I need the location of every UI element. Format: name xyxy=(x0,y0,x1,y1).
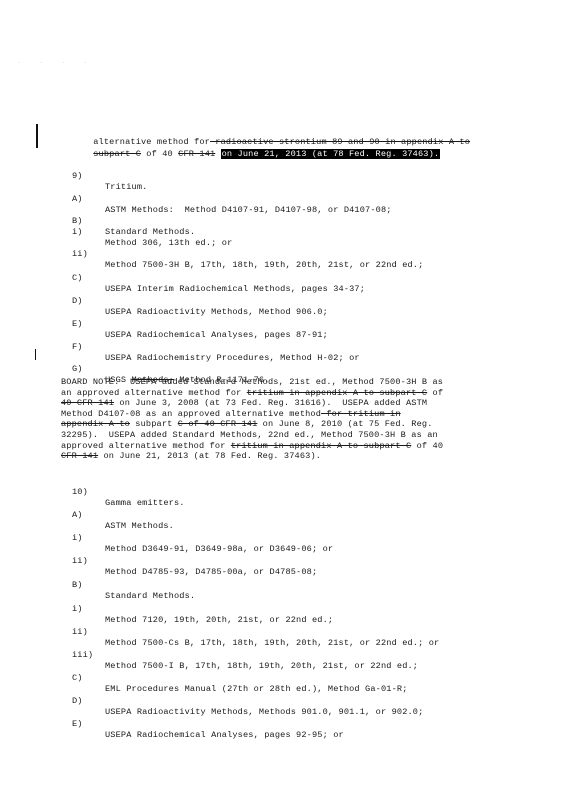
item-text: Method 7500-I B, 17th, 18th, 19th, 20th,… xyxy=(105,661,418,672)
header-marks: . . . . xyxy=(18,59,95,65)
note-text: of xyxy=(427,388,443,398)
item-text: USEPA Radiochemical Analyses, pages 87-9… xyxy=(105,330,328,341)
item-label: A) xyxy=(72,510,83,521)
deleted-text: subpart C xyxy=(93,149,141,159)
item-label: ii) xyxy=(72,627,88,638)
item-text: Method D4785-93, D4785-00a, or D4785-08; xyxy=(105,567,317,578)
item-label: F) xyxy=(72,342,83,353)
item-label: G) xyxy=(72,364,83,375)
item-text: Method D3649-91, D3649-98a, or D3649-06;… xyxy=(105,544,333,555)
item-label: ii) xyxy=(72,249,88,260)
item-label: 9) xyxy=(72,171,83,182)
board-note-line: an approved alternative method for triti… xyxy=(61,388,541,399)
intro-text: of 40 xyxy=(141,149,178,159)
board-note-line: appendix A to subpart C of 40 CFR 141 on… xyxy=(61,419,541,430)
item-label: i) xyxy=(72,227,83,238)
note-text: on June 8, 2010 (at 75 Fed. Reg. xyxy=(257,419,432,429)
item-label: B) xyxy=(72,216,83,227)
inserted-text-highlight: on June 21, 2013 (at 78 Fed. Reg. 37463)… xyxy=(221,149,441,159)
board-note-line: CFR 141 on June 21, 2013 (at 78 Fed. Reg… xyxy=(61,451,541,462)
item-text: Method 7500-Cs B, 17th, 18th, 19th, 20th… xyxy=(105,638,439,649)
deleted-text: 40 CFR 141 xyxy=(61,398,114,408)
item-label: D) xyxy=(72,696,83,707)
item-text: USEPA Radioactivity Methods, Methods 901… xyxy=(105,707,423,718)
deleted-text: CFR 141 xyxy=(61,451,98,461)
board-note-line: 40 CFR 141 on June 3, 2008 (at 73 Fed. R… xyxy=(61,398,541,409)
item-text: ASTM Methods: Method D4107-91, D4107-98,… xyxy=(105,205,392,216)
deleted-text: CFR 141 xyxy=(178,149,215,159)
item-label: E) xyxy=(72,719,83,730)
board-note-line: 32295). USEPA added Standard Methods, 22… xyxy=(61,430,541,441)
item-label: i) xyxy=(72,533,83,544)
item-text: USEPA Interim Radiochemical Methods, pag… xyxy=(105,284,365,295)
note-text: of 40 xyxy=(411,441,443,451)
item-label: C) xyxy=(72,273,83,284)
item-text: Standard Methods. xyxy=(105,227,195,238)
note-text: on June 3, 2008 (at 73 Fed. Reg. 31616).… xyxy=(114,398,427,408)
note-text: 32295). USEPA added Standard Methods, 22… xyxy=(61,430,438,440)
item-text: USEPA Radioactivity Methods, Method 906.… xyxy=(105,307,328,318)
deleted-text: tritium in appendix A to subpart C xyxy=(247,388,427,398)
note-text: approved alternative method for xyxy=(61,441,231,451)
intro-line-2: subpart C of 40 CFR 141 on June 21, 2013… xyxy=(72,138,440,171)
item-label: E) xyxy=(72,319,83,330)
item-label: A) xyxy=(72,194,83,205)
item-text: USEPA Radiochemical Analyses, pages 92-9… xyxy=(105,730,344,741)
item-title: Tritium. xyxy=(105,182,147,193)
note-text: an approved alternative method for xyxy=(61,388,247,398)
document-page: . . . . alternative method for radioacti… xyxy=(0,0,566,800)
list-item: G) USGS Methods, Method R-1171-76. xyxy=(0,353,21,397)
note-text: BOARD NOTE: USEPA added Standard Methods… xyxy=(61,377,443,387)
note-text: subpart xyxy=(130,419,178,429)
item-text: ASTM Methods. xyxy=(105,521,174,532)
item-label: i) xyxy=(72,604,83,615)
board-note: BOARD NOTE: USEPA added Standard Methods… xyxy=(61,377,541,462)
board-note-line: BOARD NOTE: USEPA added Standard Methods… xyxy=(61,377,541,388)
deleted-text: tritium in appendix A to subpart C xyxy=(231,441,411,451)
item-text: USEPA Radiochemistry Procedures, Method … xyxy=(105,353,360,364)
change-bar xyxy=(35,349,36,360)
item-label: 10) xyxy=(72,487,88,498)
board-note-line: approved alternative method for tritium … xyxy=(61,441,541,452)
deleted-text: C of 40 CFR 141 xyxy=(178,419,258,429)
item-label: D) xyxy=(72,296,83,307)
item-text: Method 306, 13th ed.; or xyxy=(105,238,232,249)
item-text: Method 7500-3H B, 17th, 18th, 19th, 20th… xyxy=(105,260,423,271)
deleted-text: for tritium in xyxy=(321,409,401,419)
item-text: Standard Methods. xyxy=(105,591,195,602)
item-text: EML Procedures Manual (27th or 28th ed.)… xyxy=(105,684,408,695)
item-label: B) xyxy=(72,580,83,591)
item-label: C) xyxy=(72,673,83,684)
note-text: on June 21, 2013 (at 78 Fed. Reg. 37463)… xyxy=(98,451,321,461)
board-note-line: Method D4107-08 as an approved alternati… xyxy=(61,409,541,420)
deleted-text: appendix A to xyxy=(61,419,130,429)
item-label: ii) xyxy=(72,556,88,567)
list-item: E) USEPA Radiochemical Analyses, pages 9… xyxy=(0,708,21,752)
note-text: Method D4107-08 as an approved alternati… xyxy=(61,409,321,419)
item-title: Gamma emitters. xyxy=(105,498,185,509)
item-text: Method 7120, 19th, 20th, 21st, or 22nd e… xyxy=(105,615,333,626)
item-label: iii) xyxy=(72,650,93,661)
change-bar xyxy=(36,124,38,148)
